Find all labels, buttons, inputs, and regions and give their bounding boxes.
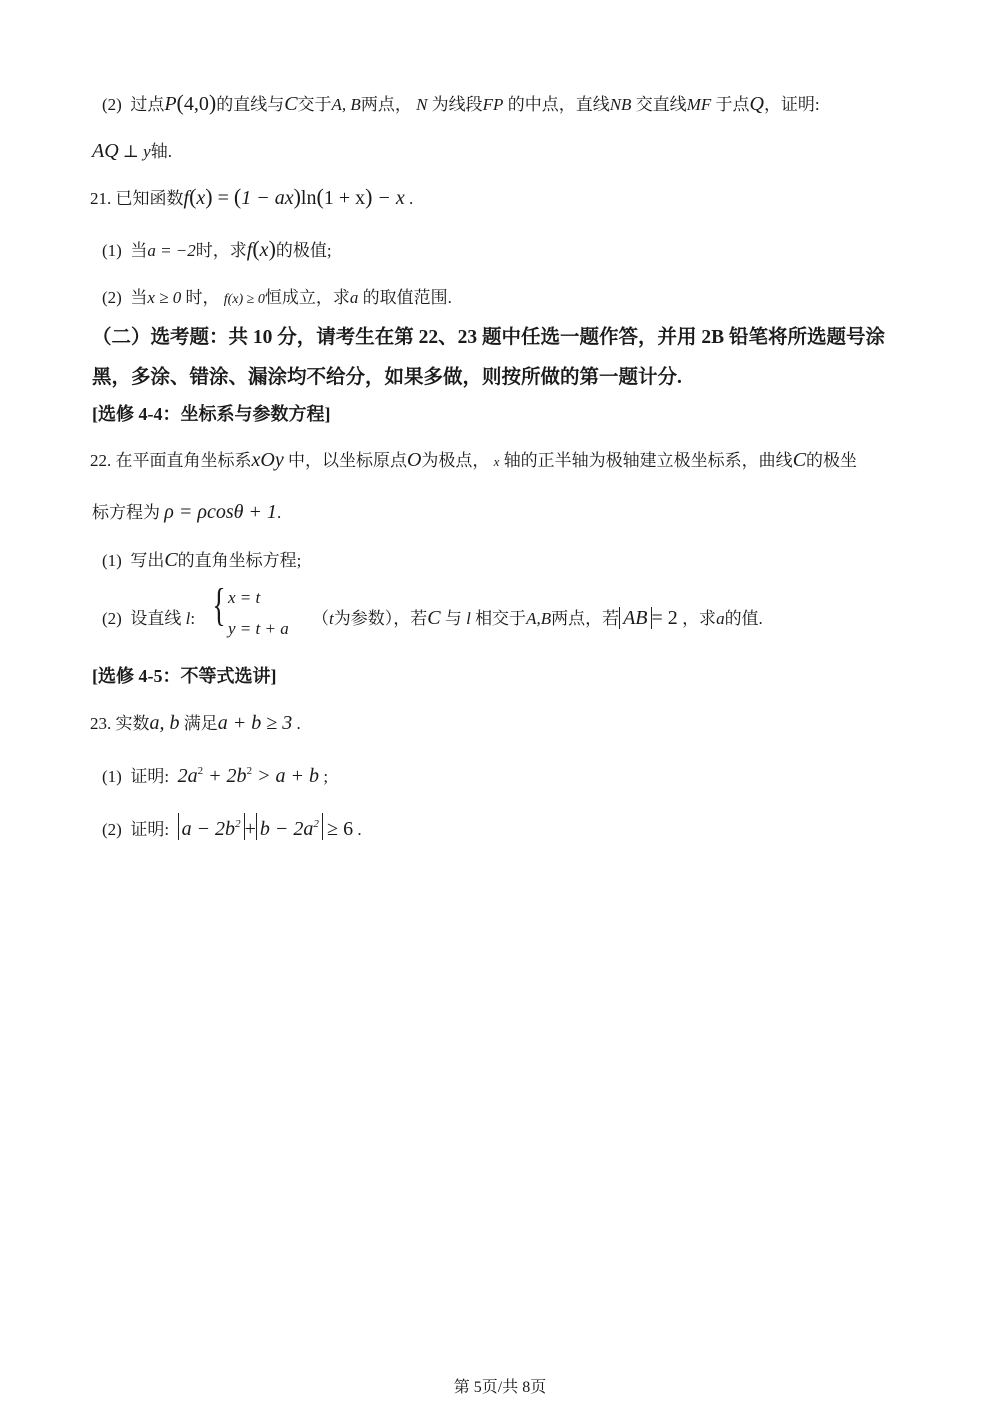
math-expr: ρ = ρcosθ + 1 xyxy=(164,501,277,523)
math-var: xOy xyxy=(252,449,284,471)
math-expr: 2a xyxy=(178,765,198,787)
text: 为参数），若 xyxy=(334,609,428,628)
text: 的直线与 xyxy=(216,95,284,114)
q21-stem: 21. 已知函数f(x) = (1 − ax)ln(1 + x) − x . xyxy=(90,184,413,210)
q20-part2-line1: (2) 过点P(4,0)的直线与C交于A, B两点， N 为线段FP 的中点，直… xyxy=(102,90,820,116)
math-expr: > a + b xyxy=(252,765,319,787)
text: 交直线 xyxy=(636,95,687,114)
math-expr: = 2 xyxy=(652,607,678,629)
math-var: a, b xyxy=(150,712,180,734)
math-var: O xyxy=(407,449,421,471)
math-expr: − x xyxy=(372,187,404,209)
section2-instructions-line2: 黑，多涂、错涂、漏涂均不给分，如果多做，则按所做的第一题计分. xyxy=(92,361,682,389)
part-label: (1) xyxy=(102,551,122,570)
text: 轴. xyxy=(151,142,172,161)
q22-stem-line2: 标方程为 ρ = ρcosθ + 1. xyxy=(92,498,281,524)
math-op: = xyxy=(213,187,234,209)
math-var: A, B xyxy=(332,95,361,114)
math-expr: x ≥ 0 xyxy=(147,288,181,307)
part-label: (2) xyxy=(102,288,122,307)
text: 的值. xyxy=(725,609,763,628)
math-var: FP xyxy=(483,95,504,114)
abs-expr-1: a − 2b2 xyxy=(178,813,245,840)
text: 标方程为 xyxy=(92,503,160,522)
text: 的直角坐标方程; xyxy=(178,551,302,570)
q22-part2-rest: （t为参数），若C 与 l 相交于A,B两点，若AB= 2 ，求a的值. xyxy=(312,604,763,630)
math-var: C xyxy=(427,607,440,629)
text: 当 xyxy=(130,288,147,307)
perp-symbol: ⊥ xyxy=(123,142,139,161)
math-fn: ln xyxy=(301,187,317,209)
q21-part1: (1) 当a = −2时，求f(x)的极值; xyxy=(102,236,332,262)
system-brace: { xyxy=(212,582,225,628)
part-label: (2) xyxy=(102,820,122,839)
math-var: x xyxy=(196,187,205,209)
math-var: y xyxy=(143,142,151,161)
q22-part2: (2) 设直线 l: xyxy=(102,604,195,629)
part-label: (1) xyxy=(102,767,122,786)
question-number: 23. xyxy=(90,714,111,733)
math-expr: a + b ≥ 3 xyxy=(218,712,292,734)
part-label: (2) xyxy=(102,609,122,628)
text: ，证明: xyxy=(764,95,820,114)
text: : xyxy=(190,609,195,628)
elective-4-4-heading: [选修 4-4：坐标系与参数方程] xyxy=(92,400,330,426)
text: 证明: xyxy=(130,767,169,786)
q23-part1: (1) 证明: 2a2 + 2b2 > a + b ; xyxy=(102,762,328,788)
text: 实数 xyxy=(116,714,150,733)
system-eq2: y = t + a xyxy=(228,619,289,639)
math-expr: ≥ 6 xyxy=(327,818,353,840)
text: 中，以坐标原点 xyxy=(288,451,407,470)
math-coord: 4,0 xyxy=(184,93,209,115)
text: 的极值; xyxy=(276,241,332,260)
math-expr: b − 2a xyxy=(260,818,314,840)
math-var: A,B xyxy=(526,609,551,628)
math-expr: a − 2b xyxy=(182,818,236,840)
text: 为线段 xyxy=(432,95,483,114)
math-expr: a = −2 xyxy=(147,241,195,260)
text: 为极点， xyxy=(421,451,489,470)
text: 当 xyxy=(130,241,147,260)
math-var: C xyxy=(284,93,297,115)
exponent: 2 xyxy=(235,818,241,830)
exponent: 2 xyxy=(313,818,319,830)
text: 时，求 xyxy=(196,241,247,260)
q23-part2: (2) 证明: a − 2b2+b − 2a2 ≥ 6 . xyxy=(102,813,362,841)
q20-part2-line2: AQ ⊥ y轴. xyxy=(92,137,172,163)
math-var: x xyxy=(260,239,269,261)
elective-4-5-heading: [选修 4-5：不等式选讲] xyxy=(92,662,276,688)
math-var: a xyxy=(350,288,359,307)
math-var: N xyxy=(416,95,427,114)
math-var: P xyxy=(164,93,176,115)
text: 的极坐 xyxy=(806,451,857,470)
math-var: Q xyxy=(749,93,763,115)
text: ; xyxy=(323,767,328,786)
math-var: NB xyxy=(610,95,632,114)
math-expr: f(x) ≥ 0 xyxy=(224,292,265,307)
question-number: 22. xyxy=(90,451,111,470)
text: ，求 xyxy=(682,609,716,628)
text: （ xyxy=(312,609,329,628)
q21-part2: (2) 当x ≥ 0 时， f(x) ≥ 0恒成立，求a 的取值范围. xyxy=(102,283,452,308)
text: 与 xyxy=(445,609,462,628)
q23-stem: 23. 实数a, b 满足a + b ≥ 3 . xyxy=(90,709,301,735)
math-expr: + 2b xyxy=(203,765,247,787)
math-var: MF xyxy=(687,95,712,114)
text: 证明: xyxy=(130,820,169,839)
text: 于点 xyxy=(715,95,749,114)
math-var: C xyxy=(793,449,806,471)
q22-stem-line1: 22. 在平面直角坐标系xOy 中，以坐标原点O为极点， x 轴的正半轴为极轴建… xyxy=(90,446,857,472)
text: 过点 xyxy=(130,95,164,114)
text: 两点， xyxy=(361,95,412,114)
text: 恒成立，求 xyxy=(265,288,350,307)
text: . xyxy=(357,820,361,839)
text: . xyxy=(277,503,281,522)
part-label: (1) xyxy=(102,241,122,260)
abs-expr-2: b − 2a2 xyxy=(256,813,323,840)
text: . xyxy=(296,714,300,733)
text: 在平面直角坐标系 xyxy=(116,451,252,470)
text: 相交于 xyxy=(475,609,526,628)
math-var: C xyxy=(164,549,177,571)
math-var: AQ xyxy=(92,140,119,162)
math-expr: 1 − ax xyxy=(241,187,293,209)
text: 满足 xyxy=(184,714,218,733)
section2-instructions-line1: （二）选考题：共 10 分，请考生在第 22、23 题中任选一题作答，并用 2B… xyxy=(92,321,885,349)
q22-part1: (1) 写出C的直角坐标方程; xyxy=(102,546,301,572)
text: 设直线 xyxy=(130,609,181,628)
text: 两点，若 xyxy=(551,609,619,628)
system-eq1: x = t xyxy=(228,588,260,608)
part-label: (2) xyxy=(102,95,122,114)
text: 交于 xyxy=(298,95,332,114)
text: 轴的正半轴为极轴建立极坐标系，曲线 xyxy=(504,451,793,470)
math-var: x xyxy=(494,454,500,469)
text: 时， xyxy=(185,288,219,307)
text: 的取值范围. xyxy=(363,288,452,307)
math-expr: 1 + x xyxy=(324,187,365,209)
abs-AB: AB xyxy=(619,607,651,629)
math-op: + xyxy=(245,818,256,840)
math-var: a xyxy=(716,609,725,628)
math-var: l xyxy=(466,609,471,628)
text: 的中点，直线 xyxy=(508,95,610,114)
page-footer: 第 5页/共 8页 xyxy=(0,1374,1000,1397)
question-number: 21. xyxy=(90,189,111,208)
text: 写出 xyxy=(130,551,164,570)
text: . xyxy=(409,189,413,208)
text: 已知函数 xyxy=(116,189,184,208)
